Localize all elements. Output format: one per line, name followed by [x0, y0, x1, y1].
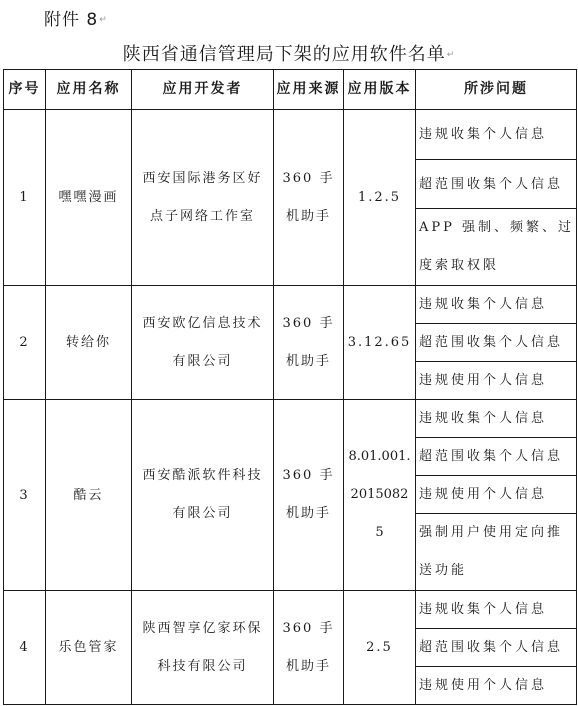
cell-issue: 超范围收集个人信息: [416, 160, 577, 209]
cell-app-name: 酷云: [46, 400, 132, 591]
cell-index: 3: [4, 400, 46, 591]
cell-issue: 违规收集个人信息: [416, 110, 577, 160]
cell-app-name: 嘿嘿漫画: [46, 110, 132, 286]
source-text: 360 手机助手: [277, 457, 341, 533]
cell-version: 1.2.5: [344, 110, 416, 286]
source-text: 360 手机助手: [277, 305, 341, 381]
cell-developer: 西安欧亿信息技术有限公司: [132, 286, 274, 400]
cell-version: 3.12.65: [344, 286, 416, 400]
header-source: 应用来源: [274, 70, 344, 110]
attachment-label-text: 附件 8: [44, 10, 98, 30]
cell-issue: 强制用户使用定向推送功能: [416, 514, 577, 591]
cell-source: 360 手机助手: [274, 286, 344, 400]
version-text: 8.01.001.20150825: [347, 438, 413, 552]
document-title-text: 陕西省通信管理局下架的应用软件名单: [123, 44, 446, 65]
header-index: 序号: [4, 70, 46, 110]
delisted-apps-table: 序号 应用名称 应用开发者 应用来源 应用版本 所涉问题 1 嘿嘿漫画 西安国际…: [3, 69, 577, 705]
cell-issue: 违规收集个人信息: [416, 286, 577, 324]
developer-text: 西安酷派软件科技有限公司: [138, 457, 268, 533]
cell-source: 360 手机助手: [274, 110, 344, 286]
source-text: 360 手机助手: [277, 160, 341, 236]
cell-source: 360 手机助手: [274, 591, 344, 705]
developer-text: 陕西智享亿家环保科技有限公司: [138, 610, 268, 686]
cell-issue: 违规使用个人信息: [416, 476, 577, 514]
table-row: 4 乐色管家 陕西智享亿家环保科技有限公司 360 手机助手 2.5 违规收集个…: [4, 591, 577, 629]
cell-issue: 违规收集个人信息: [416, 591, 577, 629]
source-text: 360 手机助手: [277, 610, 341, 686]
cell-issue: APP 强制、频繁、过度索取权限: [416, 209, 577, 286]
cell-version: 8.01.001.20150825: [344, 400, 416, 591]
paragraph-mark-icon: ↵: [447, 50, 456, 60]
paragraph-mark-icon: ↵: [99, 15, 108, 25]
cell-developer: 西安国际港务区好点子网络工作室: [132, 110, 274, 286]
table-row: 1 嘿嘿漫画 西安国际港务区好点子网络工作室 360 手机助手 1.2.5 违规…: [4, 110, 577, 160]
cell-issue: 违规收集个人信息: [416, 400, 577, 438]
table-header-row: 序号 应用名称 应用开发者 应用来源 应用版本 所涉问题: [4, 70, 577, 110]
cell-issue: 违规使用个人信息: [416, 667, 577, 705]
cell-developer: 陕西智享亿家环保科技有限公司: [132, 591, 274, 705]
document-title: 陕西省通信管理局下架的应用软件名单↵: [0, 40, 578, 66]
header-issues: 所涉问题: [416, 70, 577, 110]
cell-issue: 超范围收集个人信息: [416, 629, 577, 667]
cell-app-name: 转给你: [46, 286, 132, 400]
developer-text: 西安欧亿信息技术有限公司: [138, 305, 268, 381]
cell-app-name: 乐色管家: [46, 591, 132, 705]
cell-source: 360 手机助手: [274, 400, 344, 591]
header-app-name: 应用名称: [46, 70, 132, 110]
cell-index: 2: [4, 286, 46, 400]
developer-text: 西安国际港务区好点子网络工作室: [138, 160, 268, 236]
cell-issue: 违规使用个人信息: [416, 362, 577, 400]
cell-version: 2.5: [344, 591, 416, 705]
table-row: 2 转给你 西安欧亿信息技术有限公司 360 手机助手 3.12.65 违规收集…: [4, 286, 577, 324]
cell-index: 1: [4, 110, 46, 286]
header-version: 应用版本: [344, 70, 416, 110]
attachment-label: 附件 8↵: [44, 5, 108, 30]
table-row: 3 酷云 西安酷派软件科技有限公司 360 手机助手 8.01.001.2015…: [4, 400, 577, 438]
cell-issue: 超范围收集个人信息: [416, 324, 577, 362]
cell-index: 4: [4, 591, 46, 705]
header-developer: 应用开发者: [132, 70, 274, 110]
cell-developer: 西安酷派软件科技有限公司: [132, 400, 274, 591]
cell-issue: 超范围收集个人信息: [416, 438, 577, 476]
